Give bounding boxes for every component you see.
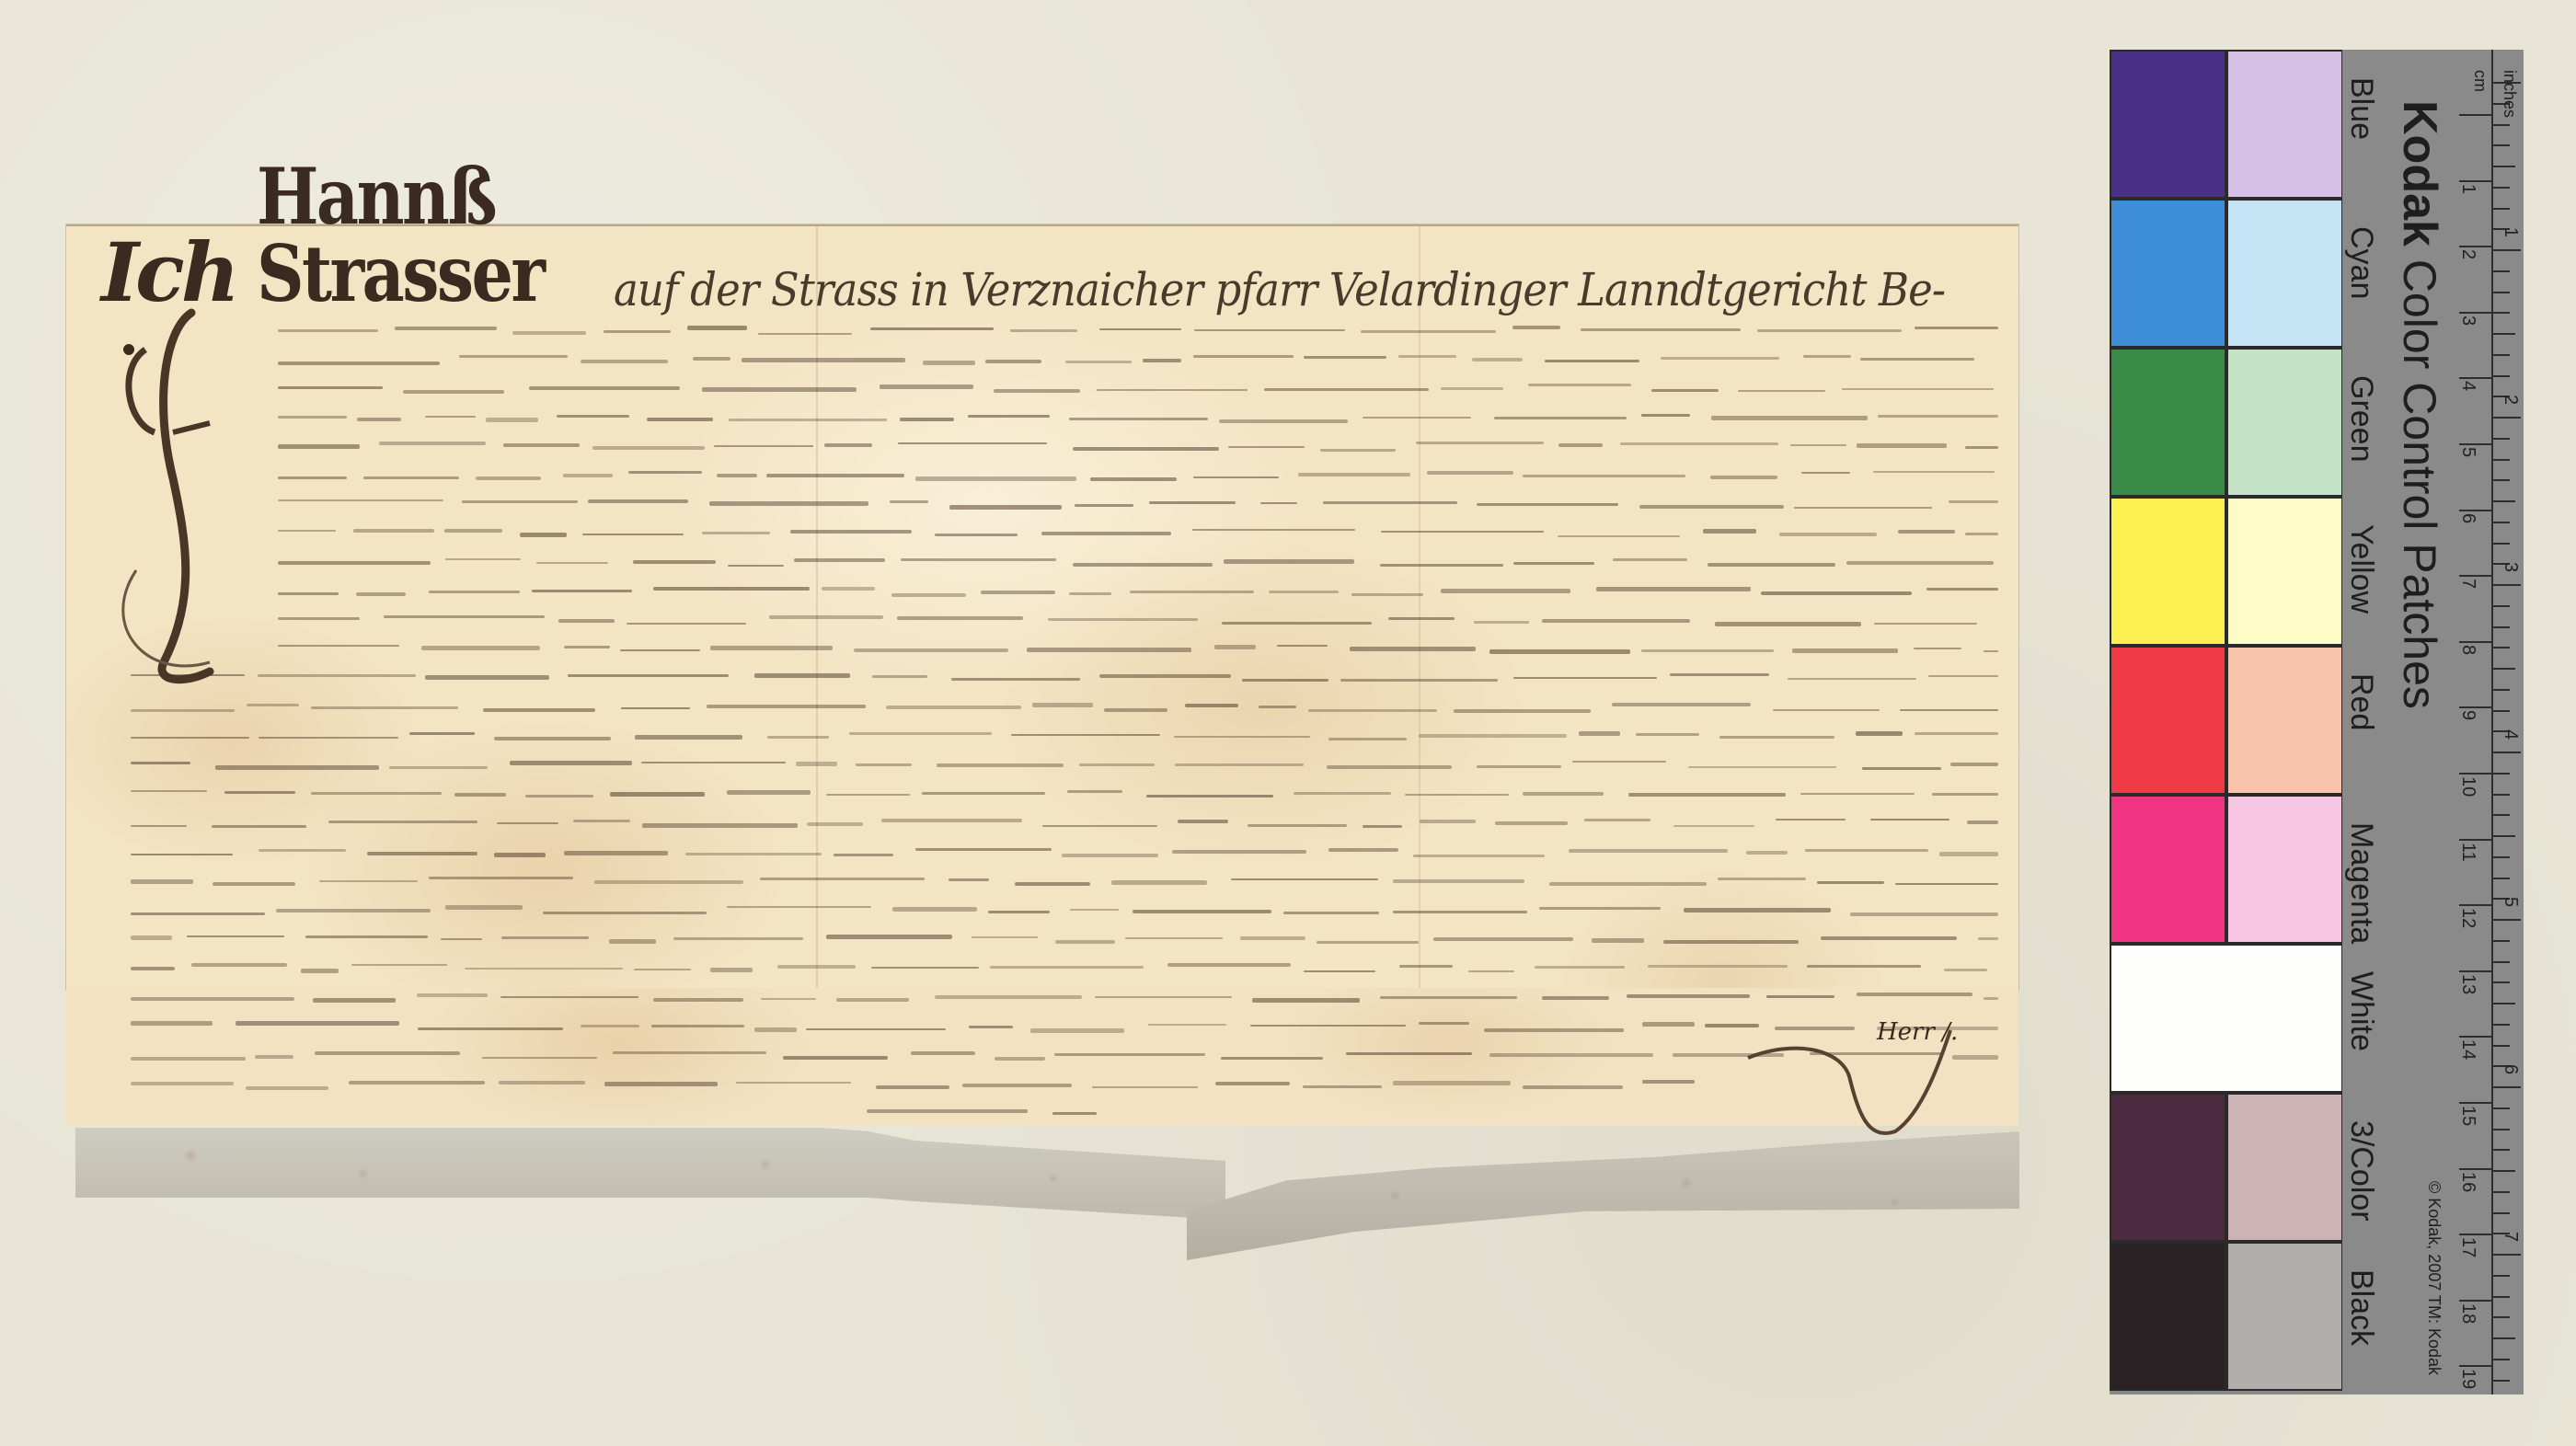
script-word xyxy=(1792,648,1898,653)
script-word xyxy=(935,995,1082,999)
script-word xyxy=(131,1057,246,1061)
script-word xyxy=(462,500,578,503)
script-word xyxy=(1380,564,1504,567)
ruler-inch-tick xyxy=(2491,605,2510,607)
script-word xyxy=(962,1084,1071,1087)
script-word xyxy=(1513,677,1657,679)
script-word xyxy=(897,616,1023,620)
ruler-inch-tick xyxy=(2491,208,2510,210)
script-word xyxy=(592,446,705,449)
script-word xyxy=(1252,998,1360,1003)
ruler-cm-number: 7 xyxy=(2457,579,2478,589)
script-word xyxy=(1620,442,1778,445)
script-word xyxy=(613,1051,766,1054)
script-word xyxy=(349,1081,484,1084)
script-word xyxy=(1627,994,1751,998)
script-word xyxy=(985,360,1042,363)
ruler-cm-tick xyxy=(2459,970,2491,972)
script-word xyxy=(1535,966,1624,969)
script-word xyxy=(395,327,497,331)
manuscript-body-text xyxy=(269,318,2017,1130)
script-word xyxy=(1757,329,1902,332)
script-word xyxy=(1283,912,1379,913)
script-word xyxy=(213,882,295,886)
ruler-inch-tick xyxy=(2491,1024,2510,1026)
script-word xyxy=(1048,618,1198,620)
script-word xyxy=(278,476,347,479)
script-word xyxy=(1277,645,1328,648)
script-word xyxy=(621,707,690,710)
ruler-cm-tick xyxy=(2459,1234,2491,1235)
patch-green-light xyxy=(2226,348,2343,497)
script-word xyxy=(822,587,874,591)
script-word xyxy=(685,853,822,855)
script-word xyxy=(1143,359,1182,362)
script-word xyxy=(1596,587,1751,591)
script-word xyxy=(1805,849,1928,852)
script-word xyxy=(1380,996,1517,999)
script-word xyxy=(892,907,977,912)
script-word xyxy=(1715,622,1861,625)
script-word xyxy=(1398,355,1456,359)
ruler-inch-tick xyxy=(2491,856,2510,858)
decorative-initial-icon xyxy=(109,294,265,690)
script-word xyxy=(1413,855,1545,857)
script-word xyxy=(573,820,630,822)
script-word xyxy=(315,1051,459,1055)
manuscript-line xyxy=(269,898,2017,927)
manuscript-line xyxy=(269,724,2017,753)
script-word xyxy=(898,442,1047,444)
script-word xyxy=(1558,535,1680,537)
manuscript-line xyxy=(269,840,2017,869)
script-word xyxy=(988,911,1051,913)
script-word xyxy=(1363,825,1402,827)
script-word xyxy=(1873,471,1995,473)
script-word xyxy=(1484,1028,1624,1033)
script-word xyxy=(937,763,1064,767)
script-word xyxy=(901,558,1056,561)
script-word xyxy=(131,912,265,916)
script-word xyxy=(418,1027,562,1030)
script-word xyxy=(1688,766,1835,768)
script-word xyxy=(1420,820,1475,822)
script-word xyxy=(1984,997,1998,1000)
script-word xyxy=(806,1028,946,1031)
script-word xyxy=(236,1021,399,1026)
script-word xyxy=(1545,360,1639,362)
script-word xyxy=(1393,879,1524,883)
script-word xyxy=(311,792,442,795)
script-word xyxy=(588,499,688,503)
script-word xyxy=(328,821,477,823)
script-word xyxy=(1130,591,1254,593)
script-word xyxy=(754,673,851,678)
ruler-inch-tick xyxy=(2491,270,2510,272)
script-word xyxy=(1030,1028,1123,1033)
ruler-inch-tick xyxy=(2491,961,2510,963)
script-word xyxy=(1549,882,1707,886)
script-word xyxy=(459,355,568,358)
script-word xyxy=(278,645,399,647)
ruler-cm-number: 19 xyxy=(2457,1369,2478,1389)
script-word xyxy=(1133,910,1271,913)
script-word xyxy=(1895,883,1998,885)
script-word xyxy=(1636,733,1699,736)
script-word xyxy=(1042,825,1158,828)
ruler-inch-tick xyxy=(2491,794,2510,796)
script-word xyxy=(529,386,680,389)
script-word xyxy=(454,793,506,797)
script-word xyxy=(881,819,1023,822)
script-word xyxy=(1340,679,1498,682)
patch-label: Blue xyxy=(2343,77,2379,140)
script-word xyxy=(627,623,746,625)
script-word xyxy=(709,501,868,506)
script-word xyxy=(1323,501,1457,504)
ruler-cm-number: 6 xyxy=(2457,513,2478,523)
script-word xyxy=(1801,472,1850,474)
script-word xyxy=(131,997,294,1001)
script-word xyxy=(1915,327,1998,329)
script-word xyxy=(836,998,909,1002)
script-word xyxy=(1269,591,1339,592)
script-word xyxy=(1711,416,1867,420)
script-word xyxy=(653,998,743,1002)
script-word xyxy=(1242,679,1328,682)
script-word xyxy=(379,442,486,444)
script-word xyxy=(465,968,623,970)
ruler-inch-tick xyxy=(2491,835,2515,837)
script-word xyxy=(1817,881,1885,884)
script-word xyxy=(1260,502,1297,505)
script-word xyxy=(702,532,771,534)
script-word xyxy=(1090,477,1177,481)
ruler-inch-tick xyxy=(2491,1296,2510,1298)
script-word xyxy=(604,1082,718,1086)
script-word xyxy=(1967,821,1998,823)
ruler-cm-tick xyxy=(2459,641,2491,643)
script-word xyxy=(1794,507,1932,509)
script-word xyxy=(1351,593,1423,596)
script-word xyxy=(1579,731,1620,736)
ruler-inch-number: 2 xyxy=(2500,395,2521,405)
script-word xyxy=(278,444,360,449)
script-word xyxy=(1095,996,1232,998)
manuscript-line xyxy=(269,580,2017,609)
script-word xyxy=(486,418,539,422)
script-word xyxy=(870,327,994,330)
ruler-inch-tick xyxy=(2491,522,2510,523)
script-word xyxy=(1055,940,1116,944)
script-word xyxy=(278,561,431,565)
script-word xyxy=(1495,821,1568,825)
script-word xyxy=(1327,765,1452,769)
script-word xyxy=(512,331,586,335)
script-word xyxy=(923,361,976,365)
script-word xyxy=(1779,533,1877,536)
ruler-cm-tick xyxy=(2459,1365,2491,1367)
script-word xyxy=(1194,329,1345,332)
ruler-cm-tick xyxy=(2459,377,2491,379)
ruler-inch-tick xyxy=(2491,249,2521,251)
ruler-cm-tick xyxy=(2459,1102,2491,1104)
script-word xyxy=(1111,880,1207,885)
ruler-inch-tick xyxy=(2491,1086,2521,1088)
script-word xyxy=(301,969,339,973)
script-word xyxy=(1878,415,1998,418)
patch-label: White xyxy=(2343,971,2379,1051)
ruler-inch-tick xyxy=(2491,814,2510,816)
script-word xyxy=(215,765,379,770)
script-word xyxy=(915,476,1076,481)
patch-label: Green xyxy=(2343,375,2379,463)
patch-green-dark xyxy=(2110,348,2226,497)
script-word xyxy=(1393,1081,1511,1085)
script-word xyxy=(1914,648,1961,649)
script-word xyxy=(429,591,520,593)
script-word xyxy=(1185,704,1238,707)
script-word xyxy=(635,735,742,740)
ruler-cm-tick xyxy=(2459,510,2491,511)
ruler-inch-tick xyxy=(2491,1275,2510,1277)
script-word xyxy=(647,418,713,422)
script-word xyxy=(949,505,1062,510)
script-word xyxy=(1079,763,1155,766)
script-word xyxy=(187,935,284,937)
script-word xyxy=(1052,1112,1097,1115)
script-word xyxy=(1027,648,1191,652)
script-word xyxy=(1950,763,1998,766)
script-word xyxy=(1328,848,1397,852)
script-word xyxy=(1592,938,1644,942)
script-word xyxy=(1949,500,1998,503)
script-word xyxy=(1718,878,1807,880)
script-word xyxy=(1032,703,1093,707)
script-word xyxy=(1215,1082,1291,1084)
script-word xyxy=(1303,1085,1382,1087)
script-word xyxy=(131,879,193,883)
script-word xyxy=(911,1051,975,1055)
script-word xyxy=(1776,819,1846,821)
script-word xyxy=(871,967,979,970)
script-word xyxy=(891,593,966,597)
script-word xyxy=(972,936,1039,938)
script-word xyxy=(1264,388,1429,390)
script-word xyxy=(1317,941,1419,943)
script-word xyxy=(807,822,863,826)
patch-magenta-dark xyxy=(2110,795,2226,944)
manuscript-line xyxy=(269,782,2017,811)
script-word xyxy=(1228,446,1305,448)
script-word xyxy=(717,474,757,476)
script-word xyxy=(131,854,233,855)
script-word xyxy=(367,852,478,856)
script-word xyxy=(742,358,906,362)
script-word xyxy=(969,1026,1013,1027)
ruler-cm-number: 12 xyxy=(2457,908,2478,928)
ruler-inch-tick xyxy=(2491,312,2510,314)
script-word xyxy=(1178,820,1228,823)
script-word xyxy=(131,790,207,792)
script-word xyxy=(1512,326,1561,328)
script-word xyxy=(687,326,747,330)
script-word xyxy=(758,333,852,336)
script-word xyxy=(727,906,871,908)
script-word xyxy=(525,795,593,797)
ruler-inch-number: 1 xyxy=(2500,227,2521,237)
script-word xyxy=(1641,414,1689,417)
script-word xyxy=(1651,389,1719,392)
script-word xyxy=(1661,357,1779,360)
script-word xyxy=(1419,734,1567,737)
script-word xyxy=(1944,969,1987,971)
script-word xyxy=(1221,1057,1323,1060)
manuscript-line xyxy=(269,811,2017,841)
manuscript-line xyxy=(269,695,2017,725)
script-word xyxy=(1857,443,1947,447)
script-word xyxy=(403,390,504,394)
script-word xyxy=(357,418,401,420)
script-word xyxy=(915,848,1052,851)
script-word xyxy=(131,1021,213,1026)
script-word xyxy=(1738,390,1825,393)
ruler-inch-tick xyxy=(2491,124,2510,126)
script-word xyxy=(710,646,833,650)
script-word xyxy=(1433,937,1574,941)
script-word xyxy=(1584,819,1650,822)
script-word xyxy=(1900,709,1998,711)
script-word xyxy=(994,389,1081,393)
ruler-inch-tick xyxy=(2491,1316,2510,1318)
script-word xyxy=(633,560,716,564)
script-word xyxy=(1850,912,1998,916)
script-word xyxy=(1862,767,1942,770)
script-word xyxy=(131,935,172,939)
script-word xyxy=(1513,562,1594,565)
manuscript-line xyxy=(269,348,2017,377)
script-word xyxy=(796,762,836,766)
script-word xyxy=(131,762,190,764)
script-word xyxy=(425,675,549,679)
script-word xyxy=(501,936,589,939)
script-word xyxy=(594,880,743,884)
manuscript-line xyxy=(269,464,2017,493)
script-word xyxy=(1612,703,1751,706)
script-word xyxy=(1670,673,1769,676)
ruler-inch-tick xyxy=(2491,1170,2515,1172)
script-word xyxy=(890,500,928,503)
patch-blue-dark xyxy=(2110,50,2226,199)
script-word xyxy=(1477,765,1561,768)
script-word xyxy=(1569,849,1727,853)
ruler-cm-number: 8 xyxy=(2457,645,2478,655)
manuscript-line xyxy=(269,985,2017,1015)
script-word xyxy=(642,823,798,828)
ruler-inch-tick xyxy=(2491,1107,2510,1109)
script-word xyxy=(564,646,610,648)
script-word xyxy=(1773,709,1880,712)
ruler-inch-tick xyxy=(2491,1129,2510,1130)
script-word xyxy=(1932,793,1998,796)
script-word xyxy=(421,646,540,650)
script-word xyxy=(1441,589,1571,593)
script-word xyxy=(1641,649,1774,652)
script-word xyxy=(1250,1025,1406,1027)
ruler-cm-number: 15 xyxy=(2457,1106,2478,1126)
ruler-inch-tick xyxy=(2491,1191,2510,1193)
script-word xyxy=(313,998,396,1003)
ruler-inch-number: 4 xyxy=(2500,729,2521,740)
script-word xyxy=(278,361,440,366)
script-word xyxy=(311,706,458,710)
ruler-cm-number: 9 xyxy=(2457,710,2478,720)
script-word xyxy=(482,1057,597,1060)
script-word xyxy=(1857,993,1972,995)
ruler-inch-tick xyxy=(2491,668,2515,670)
script-word xyxy=(1984,650,1998,652)
script-word xyxy=(429,877,573,879)
script-word xyxy=(1939,852,1998,856)
script-word xyxy=(1539,907,1660,910)
script-word xyxy=(1240,936,1305,940)
script-word xyxy=(834,854,893,856)
script-word xyxy=(1294,792,1391,795)
script-word xyxy=(1097,389,1248,391)
signature-flourish-icon: Herr /. xyxy=(1739,1021,1978,1150)
script-word xyxy=(754,1027,797,1032)
manuscript-line xyxy=(269,608,2017,637)
script-word xyxy=(760,878,926,880)
script-word xyxy=(766,474,904,477)
script-word xyxy=(1572,761,1666,763)
script-word xyxy=(1856,731,1903,736)
script-word xyxy=(1803,355,1851,358)
ruler-cm-number: 14 xyxy=(2457,1039,2478,1060)
script-word xyxy=(824,443,872,446)
heading-rest: auf der Strass in Verznaicher pfarr Vela… xyxy=(614,267,1945,313)
patch-red-dark xyxy=(2110,646,2226,795)
script-word xyxy=(1928,675,1998,677)
patch-red-light xyxy=(2226,646,2343,795)
script-word xyxy=(425,416,476,419)
script-word xyxy=(1067,790,1122,792)
script-word xyxy=(500,996,638,998)
ruler-inch-tick xyxy=(2491,1045,2510,1047)
script-word xyxy=(935,534,1018,537)
script-word xyxy=(255,1055,293,1058)
script-word xyxy=(1075,504,1134,507)
script-word xyxy=(543,912,707,914)
ruler-cm-number: 17 xyxy=(2457,1237,2478,1257)
script-word xyxy=(628,471,702,474)
ruler-inch-number: 5 xyxy=(2500,897,2521,907)
ruler-cm-tick xyxy=(2459,312,2491,314)
script-word xyxy=(1926,588,1998,590)
script-word xyxy=(1399,965,1453,968)
script-word xyxy=(1010,329,1077,332)
script-word xyxy=(494,853,546,857)
script-word xyxy=(1468,970,1513,972)
script-word xyxy=(1214,645,1255,649)
script-word xyxy=(1898,530,1955,534)
ruler-inch-tick xyxy=(2491,354,2510,356)
ruler-inch-tick xyxy=(2491,459,2510,461)
patch-black-dark xyxy=(2110,1242,2226,1391)
script-word xyxy=(867,1109,1028,1113)
script-word xyxy=(854,648,1007,653)
script-word xyxy=(278,329,378,331)
